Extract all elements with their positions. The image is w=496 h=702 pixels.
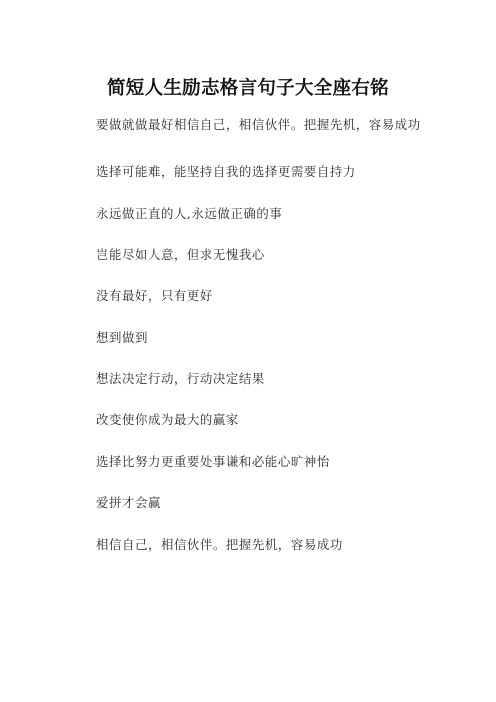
- quote-line: 相信自己，相信伙伴。把握先机，容易成功: [96, 537, 343, 553]
- quote-line: 爱拼才会赢: [96, 495, 161, 511]
- quote-line: 想法决定行动，行动决定结果: [96, 371, 265, 387]
- document-page: 简短人生励志格言句子大全座右铭 要做就做最好相信自己，相信伙伴。把握先机，容易成…: [0, 0, 496, 702]
- quote-line: 改变使你成为最大的赢家: [96, 412, 239, 428]
- quote-line: 岂能尽如人意，但求无愧我心: [96, 247, 265, 263]
- quote-line: 要做就做最好相信自己，相信伙伴。把握先机，容易成功: [96, 117, 421, 133]
- quote-line: 选择比努力更重要处事谦和必能心旷神怡: [96, 454, 330, 470]
- quote-line: 选择可能难，能坚持自我的选择更需要自持力: [96, 164, 356, 180]
- document-title: 简短人生励志格言句子大全座右铭: [0, 77, 496, 101]
- quote-line: 永远做正直的人,永远做正确的事: [96, 206, 282, 222]
- quote-line: 没有最好，只有更好: [96, 288, 213, 304]
- quote-line: 想到做到: [96, 330, 148, 346]
